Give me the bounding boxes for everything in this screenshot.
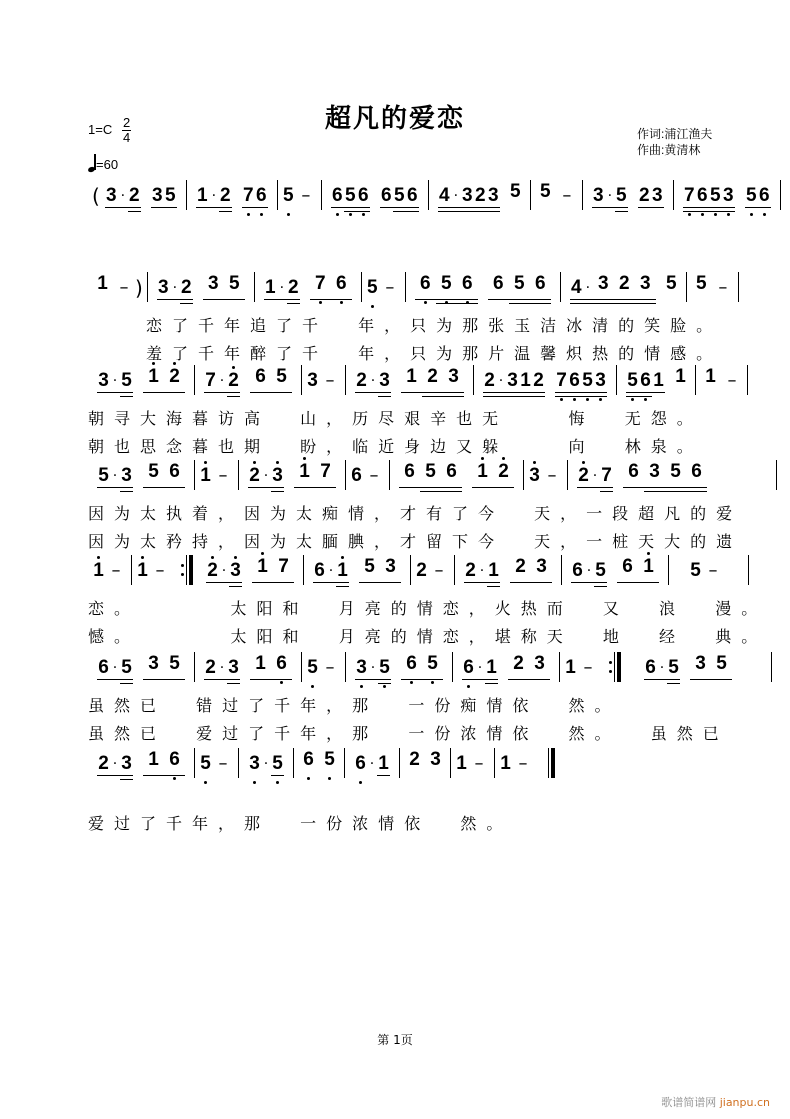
lyrics-verse-1: 因为太执着，因为太痴情，才有了今 天，一段超凡的爱: [88, 500, 738, 528]
final-barline: [548, 748, 555, 778]
score-line-6: 6·5 35 2·3 16 5– 3·5 65 6·1 23 1– 6·5 35…: [88, 652, 738, 748]
lyrics-verse-2: 憾。 太阳和 月亮的情恋，堪称天 地 经 典。: [88, 623, 738, 651]
repeat-end-sign: [179, 555, 193, 585]
watermark-en: jianpu.cn: [720, 1096, 770, 1109]
lyricist: 作词:浦江渔夫: [637, 126, 712, 142]
open-paren: (: [92, 184, 100, 208]
staff: 1–) 3·2 35 1·2 76 5– 656 656 4·323 5 5–: [88, 272, 738, 312]
credits: 作词:浦江渔夫 作曲:黄清林: [637, 126, 712, 158]
watermark: 歌谱简谱网 jianpu.cn: [661, 1094, 770, 1110]
lyrics-verse-1: 恋了千年追了千 年，只为那张玉洁冰清的笑脸。: [146, 312, 738, 340]
lyrics-verse-2: 羞了千年醉了千 年，只为那片温馨炽热的情感。: [146, 340, 738, 368]
page-number: 第 1页: [0, 1031, 790, 1048]
lyrics-verse-2: 爱过了千年，那 一份浓情依 然。: [88, 810, 738, 838]
score-line-2: 1–) 3·2 35 1·2 76 5– 656 656 4·323 5 5– …: [88, 272, 738, 368]
key-signature: 1=C: [88, 122, 112, 137]
lyrics-verse-2: 虽然已 爱过了千年，那 一份浓情依 然。 虽然已: [88, 720, 738, 748]
time-signature: 2 4: [122, 116, 131, 145]
tempo-value: =60: [96, 157, 118, 172]
lyrics-verse-1: 恋。 太阳和 月亮的情恋，火热而 又 浪 漫。: [88, 595, 738, 623]
quarter-note-icon: [88, 152, 96, 172]
repeat-end-sign: [607, 652, 621, 682]
time-signature-denominator: 4: [123, 130, 130, 145]
composer: 作曲:黄清林: [637, 142, 712, 158]
score-line-4: 5·3 56 1– 2·3 17 6– 656 12 3– 2·7 6356 因…: [88, 460, 738, 556]
lyrics-verse-1: 朝寻大海暮访高 山，历尽艰辛也无 悔 无怨。: [88, 405, 738, 433]
measure: ( 3·2 35: [88, 180, 186, 208]
score-line-1: ( 3·2 35 1·2 76 5– 656 656 4·323 5 5– 3·…: [88, 180, 738, 220]
lyrics-verse-2: 因为太矜持，因为太腼腆，才留下今 天，一桩天大的遗: [88, 528, 738, 556]
lyrics-verse-1: 虽然已 错过了千年，那 一份痴情依 然。: [88, 692, 738, 720]
score-line-5: 1– 1– 2·3 17 6·1 53 2– 2·1 23 6·5 61 5– …: [88, 555, 738, 651]
score-line-7: 2·3 16 5– 3·5 65 6·1 23 1– 1– 爱过了千年，那 一份…: [88, 748, 738, 838]
watermark-cn: 歌谱简谱网: [661, 1096, 716, 1109]
time-signature-numerator: 2: [122, 116, 131, 131]
score-line-3: 3·5 12 7·2 65 3– 2·3 123 2·312 7653 561 …: [88, 365, 738, 461]
measure: 1·2 76: [187, 180, 277, 208]
staff: ( 3·2 35 1·2 76 5– 656 656 4·323 5 5– 3·…: [88, 180, 738, 220]
tempo-marking: =60: [88, 152, 118, 172]
lyrics-verse-2: 朝也思念暮也期 盼，临近身边又躲 向 林泉。: [88, 433, 738, 461]
